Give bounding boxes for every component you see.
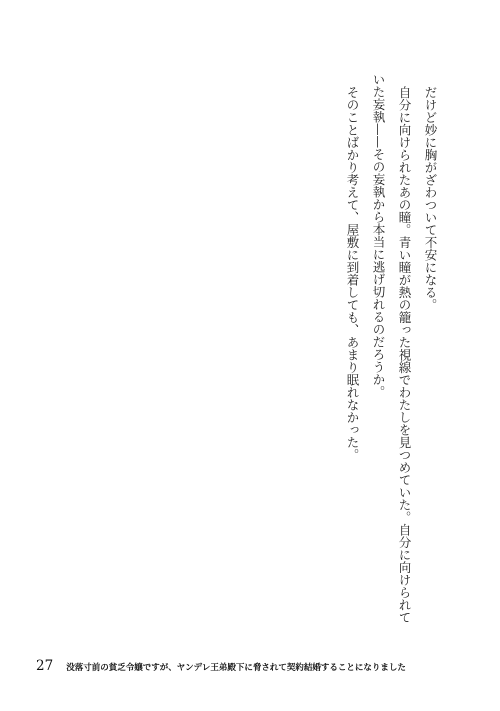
paragraph: だけど妙に胸がざわついて不安になる。 [417,73,443,626]
running-title: 没落寸前の貧乏令嬢ですが、ヤンデレ王弟殿下に脅されて契約結婚することになりました [66,661,406,673]
vertical-text-block: だけど妙に胸がざわついて不安になる。 自分に向けられたあの瞳。青い瞳が熱の籠った… [339,73,443,626]
paragraph: そのことばかり考えて、屋敷に到着しても、あまり眠れなかった。 [339,73,365,626]
footer: 27 没落寸前の貧乏令嬢ですが、ヤンデレ王弟殿下に脅されて契約結婚することになり… [36,658,406,674]
book-page: だけど妙に胸がざわついて不安になる。 自分に向けられたあの瞳。青い瞳が熱の籠った… [0,0,500,711]
paragraph: 自分に向けられたあの瞳。青い瞳が熱の籠った視線でわたしを見つめていた。自分に向け… [365,73,417,626]
page-number: 27 [36,658,53,674]
